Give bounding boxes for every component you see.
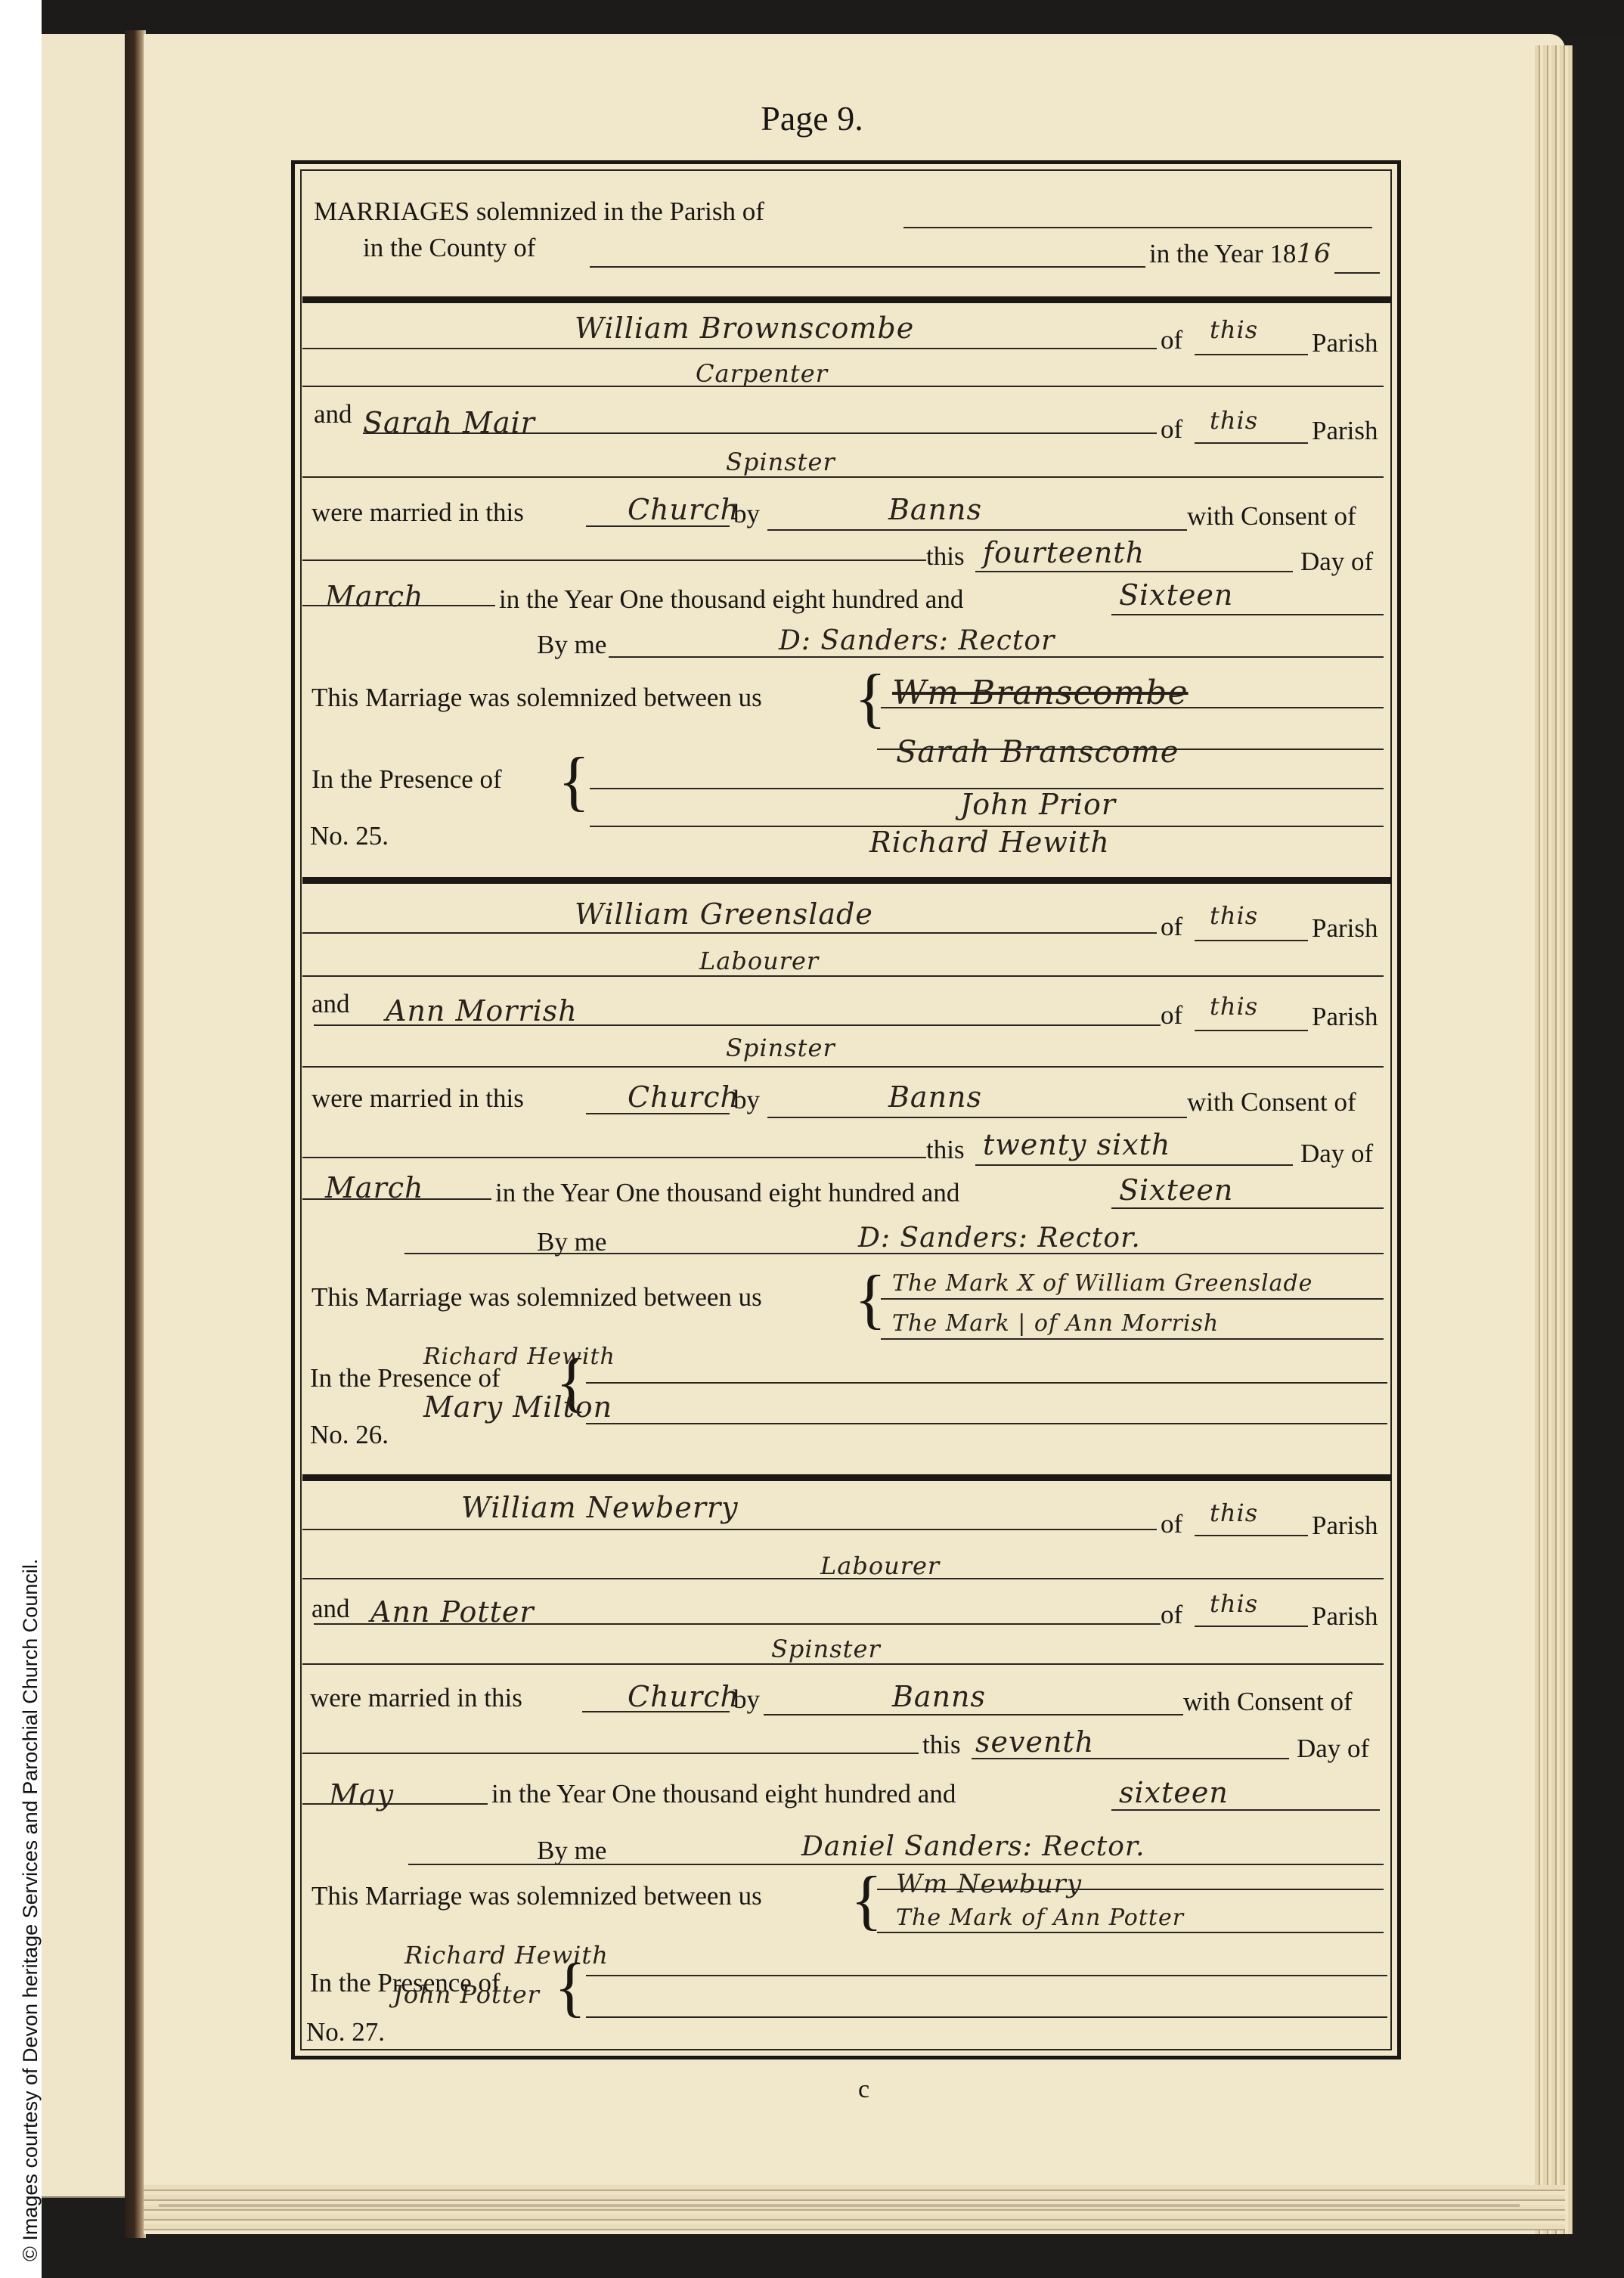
by-label: by xyxy=(733,1086,760,1113)
day-line xyxy=(975,571,1293,572)
by-me-label: By me xyxy=(537,631,606,658)
method-line xyxy=(767,529,1187,531)
header-parish-label: MARRIAGES solemnized in the Parish of xyxy=(314,198,764,225)
signature-mark: c xyxy=(858,2075,869,2104)
solemnized-label: This Marriage was solemnized between us xyxy=(311,1284,762,1310)
bride-parish-line xyxy=(1195,1626,1308,1627)
bride-condition: Spinster xyxy=(771,1637,881,1661)
party-signature-2: The Mark of Ann Potter xyxy=(896,1907,1184,1929)
year-word-line xyxy=(1111,1207,1384,1209)
entry-number: No. 27. xyxy=(306,2019,385,2045)
day-of-label: Day of xyxy=(1300,548,1373,575)
bride-name: Ann Potter xyxy=(370,1598,535,1626)
occupation-line xyxy=(302,1578,1384,1579)
consent-label: with Consent of xyxy=(1187,503,1356,529)
signature-2-line xyxy=(877,1932,1384,1933)
parish-label: Parish xyxy=(1312,1003,1378,1030)
parish-label: Parish xyxy=(1312,1512,1378,1539)
condition-line xyxy=(302,1663,1384,1665)
groom-line xyxy=(302,1529,1157,1530)
groom-line xyxy=(302,348,1157,349)
month-line xyxy=(302,1198,491,1200)
entry-divider xyxy=(302,1474,1391,1481)
groom-name: William Brownscombe xyxy=(575,314,914,342)
marriage-month: March xyxy=(325,582,424,611)
signature-1-line xyxy=(881,707,1384,708)
party-signature-2: The Mark | of Ann Morrish xyxy=(892,1313,1219,1335)
parish-field-line xyxy=(903,227,1372,228)
day-of-label: Day of xyxy=(1297,1735,1369,1762)
presence-label: In the Presence of xyxy=(310,1365,501,1391)
were-married-label: were married in this xyxy=(311,1085,524,1111)
month-line xyxy=(302,1803,488,1805)
were-married-label: were married in this xyxy=(311,499,524,525)
condition-line xyxy=(302,476,1384,478)
credit-strip: © Images courtesy of Devon heritage Serv… xyxy=(0,0,42,2278)
groom-parish: this xyxy=(1210,318,1258,342)
consent-line xyxy=(302,559,926,561)
bride-line xyxy=(314,1623,1161,1625)
method-line xyxy=(764,1714,1183,1715)
year-word-line xyxy=(1111,1809,1380,1811)
marriage-day: seventh xyxy=(975,1728,1094,1756)
page-bottom-edge xyxy=(144,2185,1565,2230)
parish-label: Parish xyxy=(1312,915,1378,941)
presence-label: In the Presence of xyxy=(311,766,502,792)
of-label: of xyxy=(1161,1002,1182,1028)
year-word: sixteen xyxy=(1119,1778,1229,1807)
day-line xyxy=(975,1164,1293,1166)
page-title: Page 9. xyxy=(0,98,1624,138)
groom-parish-line xyxy=(1195,1535,1308,1536)
condition-line xyxy=(302,1066,1384,1068)
marriage-place: Church xyxy=(628,1682,739,1711)
bride-parish: this xyxy=(1210,994,1258,1018)
parish-label: Parish xyxy=(1312,417,1378,444)
method-line xyxy=(767,1117,1187,1118)
by-me-label: By me xyxy=(537,1837,606,1864)
of-label: of xyxy=(1161,1601,1182,1628)
witness-2: Mary Milton xyxy=(423,1393,612,1421)
marriage-day: twenty sixth xyxy=(983,1130,1170,1159)
header-divider xyxy=(302,296,1391,303)
water-stain xyxy=(159,2204,1520,2207)
this-label: this xyxy=(926,543,965,569)
by-label: by xyxy=(733,501,760,527)
marriage-month: May xyxy=(329,1781,394,1809)
page-fore-edge xyxy=(1535,45,1573,2234)
bride-name: Ann Morrish xyxy=(386,996,578,1025)
marriage-method: Banns xyxy=(888,495,982,524)
and-label: and xyxy=(311,990,350,1017)
solemnized-label: This Marriage was solemnized between us xyxy=(311,1883,762,1909)
witness-2-line xyxy=(586,2016,1387,2018)
of-label: of xyxy=(1161,1511,1182,1537)
brace-icon: { xyxy=(854,665,886,732)
by-me-label: By me xyxy=(537,1229,606,1255)
year-word-line xyxy=(1111,614,1384,615)
of-label: of xyxy=(1161,913,1182,940)
solemnized-label: This Marriage was solemnized between us xyxy=(311,684,762,711)
parish-label: Parish xyxy=(1312,1603,1378,1629)
officiant-line xyxy=(609,656,1384,658)
officiant: D: Sanders: Rector. xyxy=(858,1225,1141,1252)
year-words-label: in the Year One thousand eight hundred a… xyxy=(495,1179,959,1206)
place-line xyxy=(586,1113,730,1114)
witness-2: John Potter xyxy=(393,1982,540,2007)
groom-line xyxy=(302,932,1157,934)
officiant: D: Sanders: Rector xyxy=(779,628,1055,655)
background-top xyxy=(42,0,1624,38)
signature-1-line xyxy=(881,1298,1384,1300)
left-page-edge xyxy=(42,34,129,2198)
party-signature-2: Sarah Branscome xyxy=(896,737,1179,767)
parish-label: Parish xyxy=(1312,330,1378,356)
year-words-label: in the Year One thousand eight hundred a… xyxy=(491,1781,956,1807)
of-label: of xyxy=(1161,416,1182,442)
county-field-line xyxy=(590,266,1145,268)
groom-parish-line xyxy=(1195,940,1308,941)
bride-condition: Spinster xyxy=(726,1036,835,1060)
consent-line xyxy=(302,1753,919,1754)
book-spine xyxy=(125,30,146,2238)
month-line xyxy=(302,605,495,606)
consent-label: with Consent of xyxy=(1183,1688,1353,1715)
signature-2-line xyxy=(881,1338,1384,1340)
bride-line xyxy=(363,432,1157,434)
witness-1-line xyxy=(586,1382,1387,1384)
bride-parish-line xyxy=(1195,442,1308,444)
marriage-place: Church xyxy=(628,495,739,524)
brace-icon: { xyxy=(851,1867,882,1934)
brace-icon: { xyxy=(558,748,590,815)
year-field-line xyxy=(1334,272,1380,274)
officiant: Daniel Sanders: Rector. xyxy=(801,1833,1145,1861)
brace-icon: { xyxy=(554,1954,586,2021)
of-label: of xyxy=(1161,327,1182,353)
groom-occupation: Carpenter xyxy=(696,361,828,386)
copyright-credit: © Images courtesy of Devon heritage Serv… xyxy=(20,1559,41,2261)
marriage-method: Banns xyxy=(888,1083,982,1111)
party-signature-1: Wm Branscombe xyxy=(892,677,1189,710)
entry-number: No. 25. xyxy=(310,823,389,849)
year-word: Sixteen xyxy=(1119,581,1233,609)
year-words-label: in the Year One thousand eight hundred a… xyxy=(499,586,963,612)
groom-name: William Newberry xyxy=(461,1493,739,1522)
bride-parish-line xyxy=(1195,1030,1308,1031)
witness-1: John Prior xyxy=(960,790,1116,819)
brace-icon: { xyxy=(854,1266,886,1333)
party-signature-1: The Mark X of William Greenslade xyxy=(892,1272,1313,1295)
signature-1-line xyxy=(877,1889,1384,1890)
header-county-label: in the County of xyxy=(363,234,535,261)
year-prefix: in the Year 18 xyxy=(1149,239,1296,268)
header-year-label: in the Year 1816 xyxy=(1149,240,1331,268)
marriage-place: Church xyxy=(628,1083,739,1111)
place-line xyxy=(582,1711,730,1712)
and-label: and xyxy=(311,1595,350,1622)
officiant-line xyxy=(408,1864,1384,1865)
place-line xyxy=(586,525,730,527)
occupation-line xyxy=(302,975,1384,977)
and-label: and xyxy=(314,401,352,427)
groom-occupation: Labourer xyxy=(699,949,819,973)
witness-1-line xyxy=(586,1975,1387,1976)
groom-occupation: Labourer xyxy=(820,1554,940,1578)
officiant-line xyxy=(404,1253,1384,1254)
day-line xyxy=(972,1758,1289,1759)
bride-condition: Spinster xyxy=(726,450,835,474)
by-label: by xyxy=(733,1686,760,1712)
groom-parish: this xyxy=(1210,903,1258,928)
party-signature-1: Wm Newbury xyxy=(896,1871,1082,1897)
bride-line xyxy=(314,1024,1161,1026)
occupation-line xyxy=(302,386,1384,387)
groom-parish: this xyxy=(1210,1501,1258,1525)
marriage-day: fourteenth xyxy=(983,538,1145,567)
entry-number: No. 26. xyxy=(310,1421,389,1448)
this-label: this xyxy=(926,1136,965,1163)
marriage-method: Banns xyxy=(892,1682,986,1711)
entry-divider xyxy=(302,877,1391,884)
consent-line xyxy=(302,1157,926,1158)
were-married-label: were married in this xyxy=(310,1684,522,1711)
groom-parish-line xyxy=(1195,354,1308,355)
witness-2-line xyxy=(586,1423,1387,1424)
bride-parish: this xyxy=(1210,1592,1258,1616)
groom-name: William Greenslade xyxy=(575,900,873,928)
witness-2: Richard Hewith xyxy=(869,828,1110,857)
day-of-label: Day of xyxy=(1300,1140,1373,1167)
year-value: 16 xyxy=(1296,239,1331,269)
this-label: this xyxy=(922,1731,961,1758)
bride-parish: this xyxy=(1210,408,1258,432)
year-word: Sixteen xyxy=(1119,1176,1233,1204)
consent-label: with Consent of xyxy=(1187,1089,1356,1115)
